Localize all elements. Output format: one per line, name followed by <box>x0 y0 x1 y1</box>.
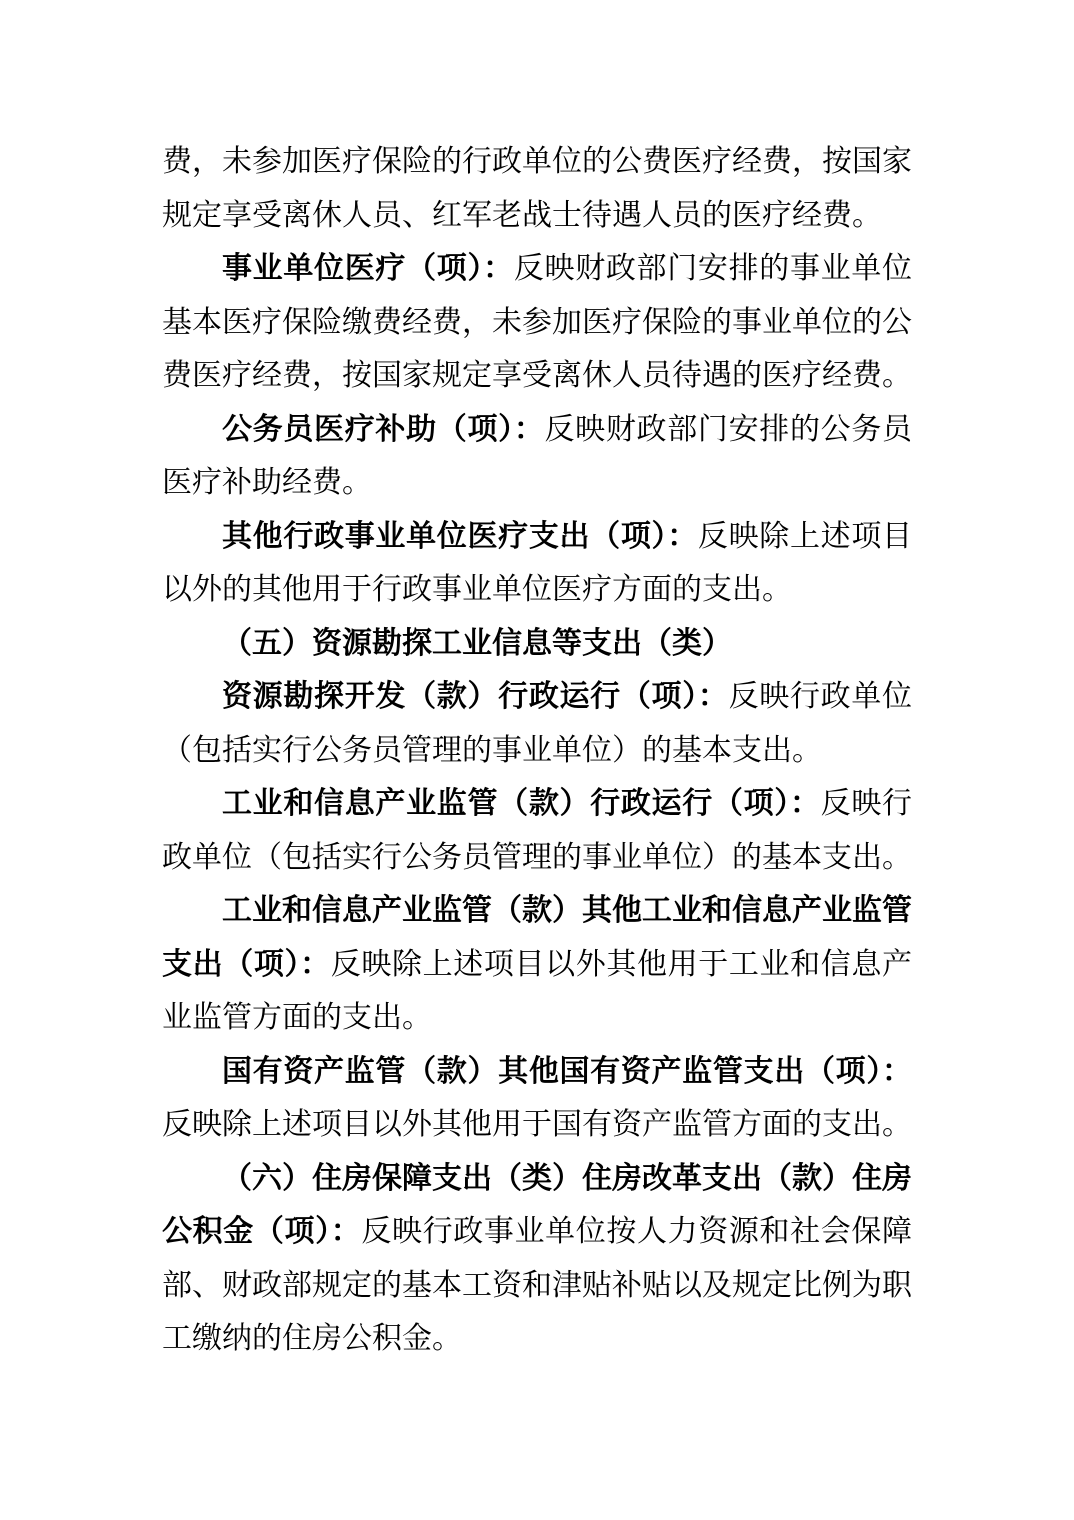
paragraph-lead: （五）资源勘探工业信息等支出（类） <box>222 627 732 660</box>
paragraph-text: 费，未参加医疗保险的行政单位的公费医疗经费，按国家规定享受离休人员、红军老战士待… <box>162 145 912 232</box>
paragraph-lead: 公务员医疗补助（项）： <box>222 413 545 446</box>
paragraph-lead: 工业和信息产业监管（款）行政运行（项）： <box>222 787 821 820</box>
paragraph: 资源勘探开发（款）行政运行（项）：反映行政单位（包括实行公务员管理的事业单位）的… <box>162 670 912 777</box>
paragraph-lead: 事业单位医疗（项）： <box>222 252 514 285</box>
paragraph: 事业单位医疗（项）：反映财政部门安排的事业单位基本医疗保险缴费经费，未参加医疗保… <box>162 242 912 403</box>
paragraph-lead: 资源勘探开发（款）行政运行（项）： <box>222 680 729 713</box>
paragraph: 其他行政事业单位医疗支出（项）：反映除上述项目以外的其他用于行政事业单位医疗方面… <box>162 510 912 617</box>
paragraph-lead: 国有资产监管（款）其他国有资产监管支出（项）： <box>222 1055 912 1088</box>
paragraph-text: 反映除上述项目以外其他用于国有资产监管方面的支出。 <box>162 1108 912 1141</box>
paragraph: 工业和信息产业监管（款）其他工业和信息产业监管支出（项）：反映除上述项目以外其他… <box>162 884 912 1045</box>
paragraph: 工业和信息产业监管（款）行政运行（项）：反映行政单位（包括实行公务员管理的事业单… <box>162 777 912 884</box>
document-body: 费，未参加医疗保险的行政单位的公费医疗经费，按国家规定享受离休人员、红军老战士待… <box>162 135 912 1366</box>
paragraph: 费，未参加医疗保险的行政单位的公费医疗经费，按国家规定享受离休人员、红军老战士待… <box>162 135 912 242</box>
document-page: 费，未参加医疗保险的行政单位的公费医疗经费，按国家规定享受离休人员、红军老战士待… <box>0 0 1074 1520</box>
paragraph: 国有资产监管（款）其他国有资产监管支出（项）：反映除上述项目以外其他用于国有资产… <box>162 1045 912 1152</box>
paragraph: 公务员医疗补助（项）：反映财政部门安排的公务员医疗补助经费。 <box>162 403 912 510</box>
paragraph-lead: 其他行政事业单位医疗支出（项）： <box>222 520 698 553</box>
paragraph: （六）住房保障支出（类）住房改革支出（款）住房公积金（项）：反映行政事业单位按人… <box>162 1152 912 1366</box>
paragraph: （五）资源勘探工业信息等支出（类） <box>162 617 912 671</box>
